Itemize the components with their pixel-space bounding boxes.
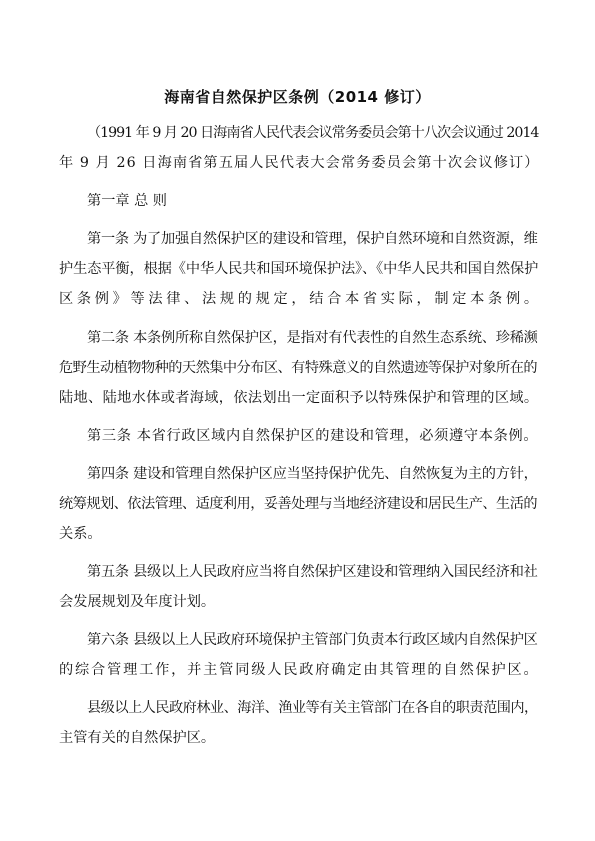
text-line: 陆地、陆地水体或者海域，依法划出一定面积予以特殊保护和管理的区域。 xyxy=(59,387,538,407)
text-line: 的综合管理工作，并主管同级人民政府确定由其管理的自然保护区。 xyxy=(59,659,540,679)
text-line: 县级以上人民政府林业、海洋、渔业等有关主管部门在各自的职责范围内， xyxy=(87,697,538,717)
text-line: 第一章 总 则 xyxy=(87,190,167,210)
text-line: 第二条 本条例所称自然保护区，是指对有代表性的自然生态系统、珍稀濒 xyxy=(87,327,538,347)
text-line: （1991 年 9 月 20 日海南省人民代表会议常务委员会第十八次会议通过 2… xyxy=(87,122,538,142)
text-line: 统筹规划、依法管理、适度利用，妥善处理与当地经济建设和居民生产、生活的 xyxy=(59,493,537,513)
text-line: 主管有关的自然保护区。 xyxy=(59,727,215,747)
text-line: 第四条 建设和管理自然保护区应当坚持保护优先、自然恢复为主的方针， xyxy=(87,463,538,483)
text-line: 区条例》等法律、法规的规定，结合本省实际，制定本条例。 xyxy=(59,288,542,308)
text-line: 第一条 为了加强自然保护区的建设和管理，保护自然环境和自然资源，维 xyxy=(87,228,538,248)
text-line: 第六条 县级以上人民政府环境保护主管部门负责本行政区域内自然保护区 xyxy=(87,629,538,649)
document-title: 海南省自然保护区条例（2014 修订） xyxy=(0,86,595,107)
text-line: 护生态平衡，根据《中华人民共和国环境保护法》、《中华人民共和国自然保护 xyxy=(59,258,538,278)
text-line: 危野生动植物物种的天然集中分布区、有特殊意义的自然遗迹等保护对象所在的 xyxy=(59,357,537,377)
text-line: 第三条 本省行政区域内自然保护区的建设和管理，必须遵守本条例。 xyxy=(87,425,538,445)
text-line: 第五条 县级以上人民政府应当将自然保护区建设和管理纳入国民经济和社 xyxy=(87,561,538,581)
text-line: 年 9 月 26 日海南省第五届人民代表大会常务委员会第十次会议修订） xyxy=(59,152,540,172)
text-line: 关系。 xyxy=(59,523,102,543)
text-line: 会发展规划及年度计划。 xyxy=(59,591,215,611)
